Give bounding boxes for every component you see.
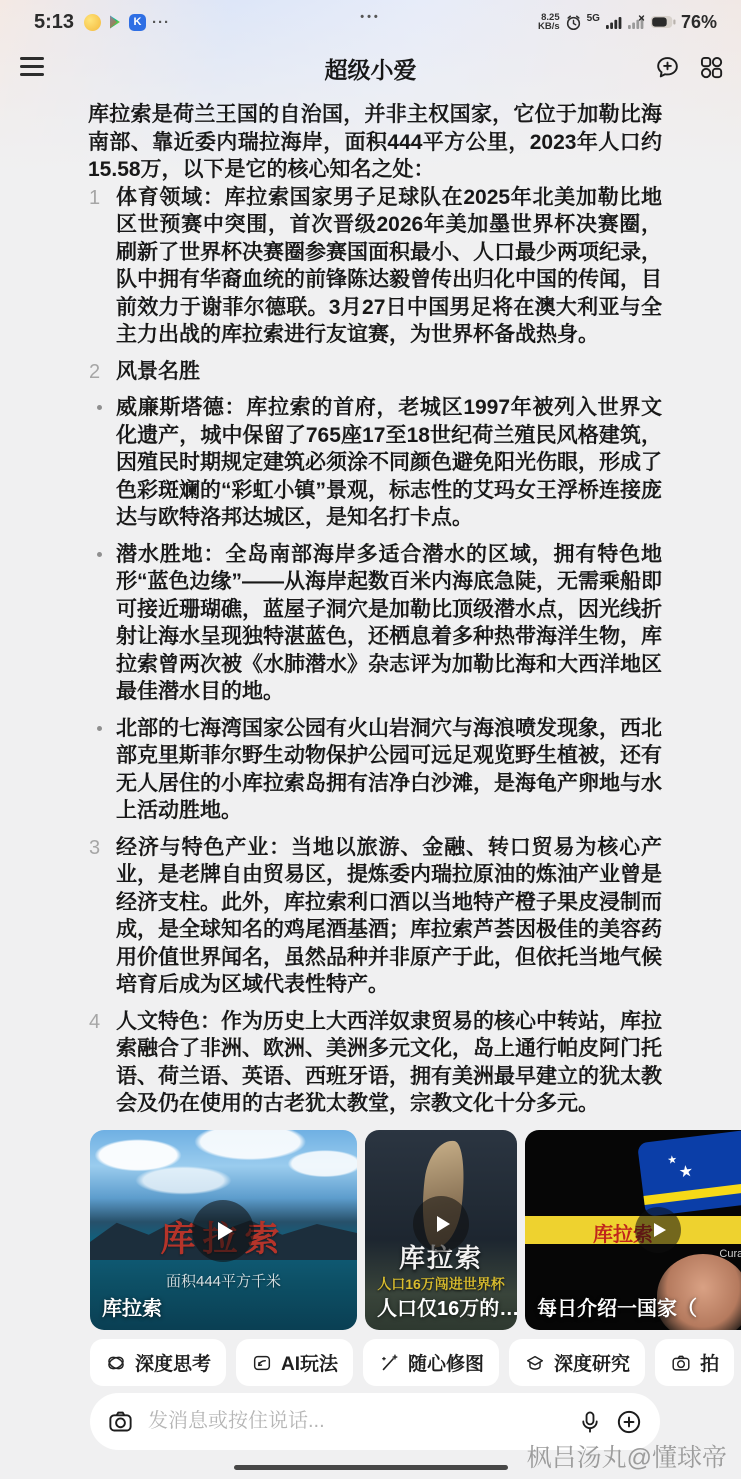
item-label: 经济与特色产业： xyxy=(116,836,291,859)
bullet-willemstad: 威廉斯塔德：库拉索的首府，老城区1997年被列入世界文化遗产，城中保留了765座… xyxy=(88,394,662,532)
flag-star: ★ xyxy=(678,1161,695,1183)
page-title: 超级小爱 xyxy=(0,52,741,85)
action-chips: 深度思考 AI玩法 随心修图 深度研究 xyxy=(90,1339,741,1386)
play-icon[interactable] xyxy=(192,1200,254,1262)
video-results: 库拉索 面积444平方千米 库拉索 库拉索 人口16万闯进世界杯 人口仅16万的… xyxy=(90,1130,741,1330)
list-item-culture: 4 人文特色：作为历史上大西洋奴隶贸易的核心中转站，库拉索融合了非洲、欧洲、美洲… xyxy=(88,1008,662,1118)
chip-ai-play[interactable]: AI玩法 xyxy=(236,1339,353,1386)
video-caption: 库拉索 xyxy=(102,1292,162,1321)
item-label: 体育领域： xyxy=(116,186,225,209)
video-overlay-subtitle: 人口16万闯进世界杯 xyxy=(365,1274,517,1294)
magic-wand-icon xyxy=(378,1352,400,1374)
chip-photo-edit[interactable]: 随心修图 xyxy=(363,1339,499,1386)
list-item-scenery: 2 风景名胜 xyxy=(88,358,662,386)
bullet-text: 北部的七海湾国家公园有火山岩洞穴与海浪喷发现象，西北部克里斯菲尔野生动物保护公园… xyxy=(116,717,662,823)
bullet-parks: 北部的七海湾国家公园有火山岩洞穴与海浪喷发现象，西北部克里斯菲尔野生动物保护公园… xyxy=(88,715,662,825)
app-header: 超级小爱 xyxy=(0,44,741,92)
watermark: 枫吕汤丸@懂球帝 xyxy=(527,1438,727,1474)
play-icon[interactable] xyxy=(635,1207,681,1253)
curacao-flag-graphic: ★ ★ xyxy=(637,1130,741,1217)
ai-play-icon xyxy=(251,1352,273,1374)
bullet-label: 潜水胜地： xyxy=(116,543,225,566)
apps-grid-icon[interactable] xyxy=(698,54,725,81)
title-banner: 库拉索 xyxy=(525,1216,741,1244)
video-card-country-intro[interactable]: ★ ★ 库拉索 Curaçao 每日介绍一国家（ xyxy=(525,1130,741,1330)
play-icon[interactable] xyxy=(413,1196,469,1252)
home-indicator[interactable] xyxy=(234,1465,508,1470)
item-number: 4 xyxy=(89,1009,100,1037)
intro-paragraph: 库拉索是荷兰王国的自治国，并非主权国家，它位于加勒比海南部、靠近委内瑞拉海岸，面… xyxy=(88,101,662,184)
flag-stripe xyxy=(644,1178,741,1205)
item-number: 2 xyxy=(89,359,100,387)
item-label: 风景名胜 xyxy=(116,360,200,383)
message-input[interactable] xyxy=(146,1409,565,1434)
bullet-dot xyxy=(97,552,102,557)
chat-response: 库拉索是荷兰王国的自治国，并非主权国家，它位于加勒比海南部、靠近委内瑞拉海岸，面… xyxy=(88,101,662,1127)
video-overlay-subtitle: 面积444平方千米 xyxy=(90,1270,357,1291)
bullet-dot xyxy=(97,405,102,410)
camera-cutout-dots: ••• xyxy=(0,11,741,23)
chip-label: 深度研究 xyxy=(554,1349,630,1376)
video-caption: 每日介绍一国家（ xyxy=(537,1292,697,1321)
chip-label: 随心修图 xyxy=(408,1349,484,1376)
chip-deep-research[interactable]: 深度研究 xyxy=(509,1339,645,1386)
camera-chip-icon xyxy=(670,1352,692,1374)
deep-research-icon xyxy=(524,1352,546,1374)
item-number: 1 xyxy=(89,185,100,213)
net-speed-unit: KB/s xyxy=(538,22,560,31)
item-number: 3 xyxy=(89,835,100,863)
chip-label: AI玩法 xyxy=(281,1349,338,1376)
list-item-sports: 1 体育领域：库拉索国家男子足球队在2025年北美加勒比地区世预赛中突围，首次晋… xyxy=(88,184,662,349)
video-overlay-subtitle: Curaçao xyxy=(719,1248,741,1260)
item-label: 人文特色： xyxy=(116,1010,221,1033)
flag-star: ★ xyxy=(667,1153,678,1167)
bullet-text: 全岛南部海岸多适合潜水的区域，拥有特色地形“蓝色边缘”——从海岸起数百米内海底急… xyxy=(116,543,662,704)
phone-screen: 5:13 K ··· ••• 8.25 KB/s 5G xyxy=(0,0,741,1479)
chip-label: 深度思考 xyxy=(135,1349,211,1376)
plus-icon[interactable] xyxy=(615,1408,643,1436)
video-caption: 人口仅16万的… xyxy=(377,1292,517,1321)
status-bar: 5:13 K ··· ••• 8.25 KB/s 5G xyxy=(0,0,741,38)
video-card-curacao-scenery[interactable]: 库拉索 面积444平方千米 库拉索 xyxy=(90,1130,357,1330)
list-item-economy: 3 经济与特色产业：当地以旅游、金融、转口贸易为核心产业，是老牌自由贸易区，提炼… xyxy=(88,834,662,999)
camera-icon[interactable] xyxy=(107,1408,134,1435)
header-actions xyxy=(654,54,725,81)
item-text: 当地以旅游、金融、转口贸易为核心产业，是老牌自由贸易区，提炼委内瑞拉原油的炼油产… xyxy=(116,836,662,997)
video-card-curacao-island[interactable]: 库拉索 人口16万闯进世界杯 人口仅16万的… xyxy=(365,1130,517,1330)
new-chat-icon[interactable] xyxy=(654,54,681,81)
chip-deep-thinking[interactable]: 深度思考 xyxy=(90,1339,226,1386)
chip-label: 拍 xyxy=(700,1349,719,1376)
chip-camera[interactable]: 拍 xyxy=(655,1339,734,1386)
deep-thinking-icon xyxy=(105,1352,127,1374)
bullet-label: 威廉斯塔德： xyxy=(116,396,246,419)
mic-icon[interactable] xyxy=(577,1409,603,1435)
network-type-label: 5G xyxy=(587,13,600,24)
bullet-diving: 潜水胜地：全岛南部海岸多适合潜水的区域，拥有特色地形“蓝色边缘”——从海岸起数百… xyxy=(88,541,662,706)
item-text: 库拉索国家男子足球队在2025年北美加勒比地区世预赛中突围，首次晋级2026年美… xyxy=(116,186,662,347)
bullet-dot xyxy=(97,726,102,731)
